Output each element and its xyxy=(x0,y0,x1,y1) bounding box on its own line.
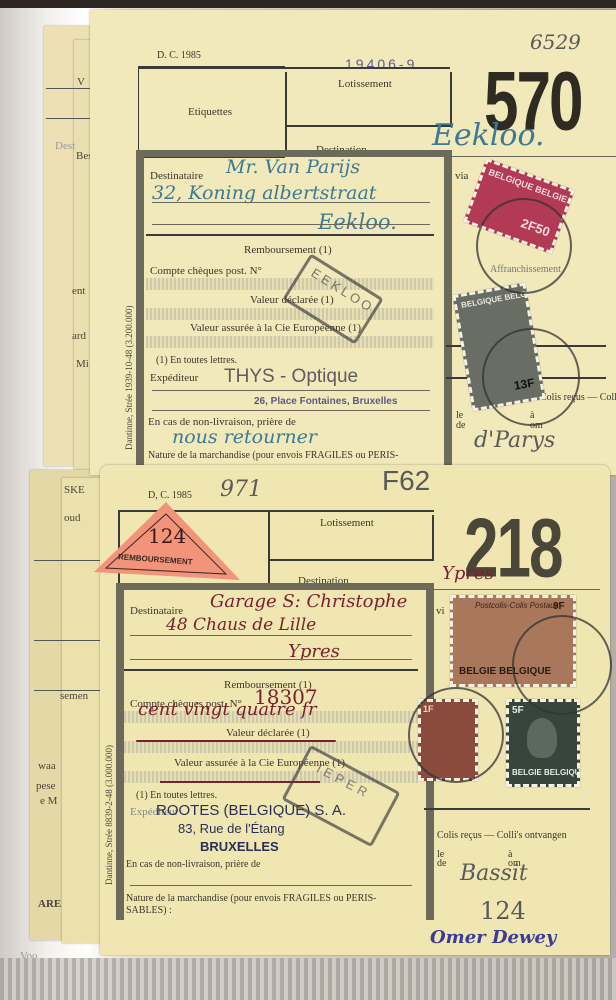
footnote: (1) En toutes lettres. xyxy=(136,790,217,801)
divider xyxy=(424,808,590,810)
nature-label: Nature de la marchandise (pour envois FR… xyxy=(126,893,377,904)
divider xyxy=(124,669,418,671)
hatch-field xyxy=(146,336,434,348)
rule xyxy=(152,224,430,225)
lotissement-label: Lotissement xyxy=(338,78,392,90)
via-label: vi xyxy=(436,605,445,617)
expediteur-stamp: THYS - Optique xyxy=(224,366,358,388)
destinataire-line-2: 48 Chaus de Lille xyxy=(166,615,316,635)
divider xyxy=(432,515,434,561)
postmark xyxy=(512,615,612,715)
divider xyxy=(285,72,287,156)
expediteur-line-3: BRUXELLES xyxy=(200,839,279,854)
remboursement-label: Remboursement (1) xyxy=(244,244,332,256)
de-label: de xyxy=(437,858,446,869)
destination-value: Eekloo. xyxy=(432,118,545,153)
postmark xyxy=(482,328,580,426)
divider xyxy=(46,118,90,119)
fragment-text: waa xyxy=(38,760,56,772)
divider xyxy=(46,88,90,89)
stamp-value: 9F xyxy=(553,601,565,612)
destinataire-line-1: Garage S: Christophe xyxy=(210,591,407,612)
sleeve-edge xyxy=(0,958,616,1000)
divider xyxy=(285,125,451,127)
remboursement-value: cent vingt quatre fr xyxy=(138,699,317,720)
via-label: via xyxy=(455,170,468,182)
count-note: 124 xyxy=(480,897,526,925)
divider xyxy=(268,559,434,561)
stamp-subject: Postcolis-Colis Postaux xyxy=(475,601,559,610)
divider xyxy=(146,234,434,236)
fragment-text: V xyxy=(77,76,85,88)
nature-label-2: SABLES) : xyxy=(126,905,172,916)
compte-label: Compte chèques post. N° xyxy=(150,265,262,277)
pencil-note: 971 xyxy=(220,477,262,502)
stamp-country: BELGIE BELGIQUE xyxy=(512,768,586,777)
divider xyxy=(34,690,104,691)
signature: Omer Dewey xyxy=(430,927,556,948)
printer-line: Dantinne, Strée 8839-2-48 (3.000.000) xyxy=(104,745,114,885)
fragment-text: e M xyxy=(40,795,57,807)
fragment-text: ent xyxy=(72,285,85,297)
expediteur-address: 26, Place Fontaines, Bruxelles xyxy=(254,396,397,407)
return-instruction: nous retourner xyxy=(172,426,317,448)
destinataire-line-2: 32, Koning albertstraat xyxy=(152,182,376,204)
valeur-declaree-label: Valeur déclarée (1) xyxy=(226,727,310,739)
pencil-note: F62 xyxy=(382,465,430,497)
de-label: de xyxy=(456,420,465,431)
rule xyxy=(152,410,430,411)
rule xyxy=(130,635,412,636)
postmark xyxy=(476,198,572,294)
rule xyxy=(130,659,412,660)
etiquettes-label: Etiquettes xyxy=(188,106,232,118)
postmark xyxy=(408,687,504,783)
label-number: 124 xyxy=(148,524,186,548)
destinataire-line-3: Eekloo. xyxy=(318,210,397,234)
serial-number: 19406-9 xyxy=(345,56,417,72)
expediteur-line-2: 83, Rue de l'Étang xyxy=(178,821,285,836)
nature-label: Nature de la marchandise (pour envois FR… xyxy=(148,450,399,461)
rule xyxy=(130,885,412,886)
signature: d'Parys xyxy=(474,428,555,453)
divider xyxy=(138,67,450,69)
waybill-570: D. C. 1985 19406-9 6529 570 Etiquettes L… xyxy=(90,10,616,475)
fragment-text: Dest xyxy=(55,140,75,152)
divider xyxy=(268,510,270,590)
ink-stroke xyxy=(136,740,336,742)
stamp-value: 5F xyxy=(512,705,524,716)
rule xyxy=(152,390,430,391)
non-livraison-label: En cas de non-livraison, prière de xyxy=(126,859,260,870)
expediteur-label: Expéditeur xyxy=(150,372,198,384)
rule xyxy=(152,202,430,203)
colis-recus-label: Colis reçus — Colli's ontvangen xyxy=(437,830,567,841)
fragment-text: Mi xyxy=(76,358,89,370)
footnote: (1) En toutes lettres. xyxy=(156,355,237,366)
form-code: D. C. 1985 xyxy=(157,50,201,61)
destinataire-line-1: Mr. Van Parijs xyxy=(226,156,360,178)
fragment-text: oud xyxy=(64,512,81,524)
pencil-note: 6529 xyxy=(530,30,581,54)
signature: Bassit xyxy=(460,861,528,886)
fragment-text: semen xyxy=(60,690,88,702)
fragment-text: ARE xyxy=(38,898,61,910)
destinataire-label: Destinataire xyxy=(150,170,203,182)
hatch-field xyxy=(124,741,418,753)
fragment-text: pese xyxy=(36,780,56,792)
hatch-field xyxy=(146,308,434,320)
destination-value: Ypres xyxy=(442,563,494,584)
divider xyxy=(34,640,104,641)
fragment-text: SKE xyxy=(64,484,85,496)
fragment-text: ard xyxy=(72,330,86,342)
portrait-icon xyxy=(527,718,557,758)
printer-line: Dantinne, Strée 1939-10-48 (3.200.000) xyxy=(124,306,134,450)
lotissement-label: Lotissement xyxy=(320,517,374,529)
